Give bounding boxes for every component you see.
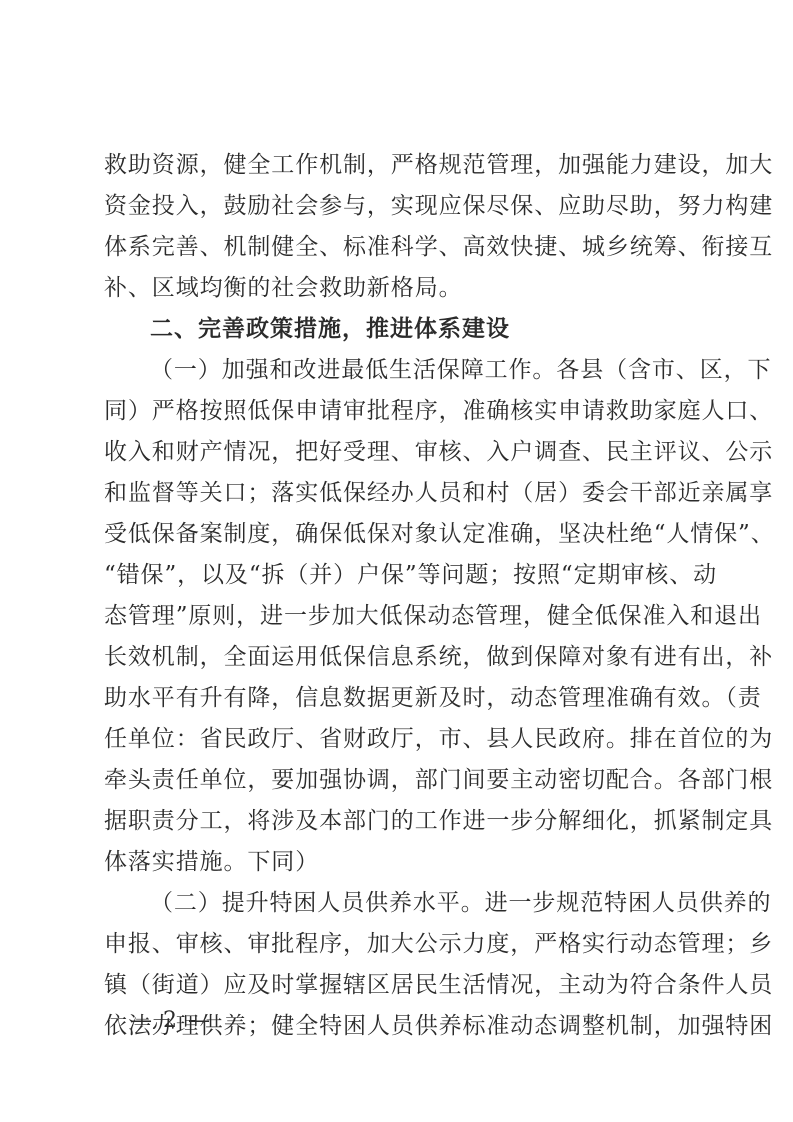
- body-text-line: 申报、审核、审批程序，加大公示力度，严格实行动态管理；乡: [104, 929, 704, 959]
- body-text-line: 补、区域均衡的社会救助新格局。: [104, 273, 704, 303]
- body-text-line: 体落实措施。下同）: [104, 847, 704, 877]
- body-text-line: 受低保备案制度，确保低保对象认定准确，坚决杜绝“人情保”、: [104, 519, 704, 549]
- body-text-line: 长效机制，全面运用低保信息系统，做到保障对象有进有出，补: [104, 642, 704, 672]
- paragraph-start-line: （二）提升特困人员供养水平。进一步规范特困人员供养的: [150, 888, 704, 918]
- body-text-line: “错保”，以及“拆（并）户保”等问题；按照“定期审核、动: [104, 560, 704, 590]
- section-heading: 二、完善政策措施，推进体系建设: [150, 314, 704, 344]
- body-text-line: 救助资源，健全工作机制，严格规范管理，加强能力建设，加大: [104, 150, 704, 180]
- page-number: — 2 —: [130, 1006, 212, 1036]
- paragraph-start-line: （一）加强和改进最低生活保障工作。各县（含市、区，下: [150, 355, 704, 385]
- document-page: 救助资源，健全工作机制，严格规范管理，加强能力建设，加大 资金投入，鼓励社会参与…: [0, 0, 793, 1122]
- body-text-line: 态管理”原则，进一步加大低保动态管理，健全低保准入和退出: [104, 601, 704, 631]
- body-text-line: 收入和财产情况，把好受理、审核、入户调查、民主评议、公示: [104, 437, 704, 467]
- body-text-line: 资金投入，鼓励社会参与，实现应保尽保、应助尽助，努力构建: [104, 191, 704, 221]
- body-text-line: 和监督等关口；落实低保经办人员和村（居）委会干部近亲属享: [104, 478, 704, 508]
- body-text-line: 同）严格按照低保申请审批程序，准确核实申请救助家庭人口、: [104, 396, 704, 426]
- body-text-line: 助水平有升有降，信息数据更新及时，动态管理准确有效。（责: [104, 683, 704, 713]
- body-text-line: 镇（街道）应及时掌握辖区居民生活情况，主动为符合条件人员: [104, 970, 704, 1000]
- body-text-line: 体系完善、机制健全、标准科学、高效快捷、城乡统筹、衔接互: [104, 232, 704, 262]
- body-text-line: 据职责分工，将涉及本部门的工作进一步分解细化，抓紧制定具: [104, 806, 704, 836]
- body-text-line: 任单位：省民政厅、省财政厅，市、县人民政府。排在首位的为: [104, 724, 704, 754]
- body-text-line: 牵头责任单位，要加强协调，部门间要主动密切配合。各部门根: [104, 765, 704, 795]
